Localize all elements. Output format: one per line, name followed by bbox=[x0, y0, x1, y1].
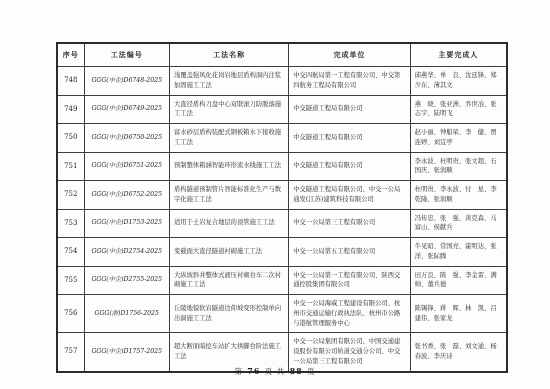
cell-main-contributors: 燕 晓、张亚洲、乔世冶、张志宇、陆明飞 bbox=[410, 95, 507, 124]
table-row: 751 GGG(中企)D6751-2025 预制整体箱涵智能环形流水线施工工法 … bbox=[57, 152, 507, 181]
cell-serial: 753 bbox=[57, 209, 84, 238]
table-row: 748 GGG(中企)D6748-2025 浅覆盖强风化花岗岩地层盾构洞内注浆加… bbox=[57, 67, 507, 96]
footer-prefix: 第 bbox=[234, 367, 243, 376]
cell-serial: 755 bbox=[57, 266, 84, 295]
cell-completing-unit: 中交一公局第三工程有限公司 bbox=[289, 209, 411, 238]
cell-completing-unit: 中交一公局第一工程有限公司、陕西交通控股集团有限公司 bbox=[289, 266, 411, 295]
cell-serial: 751 bbox=[57, 152, 84, 181]
cell-serial: 756 bbox=[57, 295, 84, 333]
header-row: 序号 工法编号 工法名称 完成单位 主要完成人 bbox=[57, 43, 507, 67]
cell-method-name: 大直径盾构刀盘中心双联滚刀防脱落施工工法 bbox=[170, 95, 289, 124]
cell-completing-unit: 中交隧道工程局有限公司 bbox=[289, 95, 411, 124]
cell-completing-unit: 中交隧道工程局有限公司 bbox=[289, 152, 411, 181]
cell-serial: 749 bbox=[57, 95, 84, 124]
cell-method-name: 富水砂层盾构装配式钢板箱水下接收施工工法 bbox=[170, 124, 289, 153]
table-row: 754 GGG(中企)D2754-2025 变截面大直径隧道衬砌施工工法 中交一… bbox=[57, 238, 507, 267]
cell-completing-unit: 中交四航局第一工程有限公司、中交第四航务工程局有限公司 bbox=[289, 67, 411, 96]
table-row: 756 GGG(浙)D1756-2025 丘陵地貌软岩隧道边仰坡变形控制单向出洞… bbox=[57, 295, 507, 333]
cell-serial: 750 bbox=[57, 124, 84, 153]
cell-code: GGG(中企)D1753-2025 bbox=[84, 209, 170, 238]
cell-code: GGG(中企)D6748-2025 bbox=[84, 67, 170, 96]
cell-main-contributors: 李永波、杜明贵、张文超、石国庆、张润顺 bbox=[410, 152, 507, 181]
header-unit: 完成单位 bbox=[289, 43, 411, 67]
table-header: 序号 工法编号 工法名称 完成单位 主要完成人 bbox=[57, 43, 507, 67]
methods-table: 序号 工法编号 工法名称 完成单位 主要完成人 748 GGG(中企)D6748… bbox=[56, 42, 508, 373]
header-name: 工法名称 bbox=[170, 43, 289, 67]
cell-main-contributors: 赵小丽、钟船荣、李 健、贾连婷、刘宜亭 bbox=[410, 124, 507, 153]
cell-code: GGG(中企)D2755-2025 bbox=[84, 266, 170, 295]
cell-main-contributors: 陈锡锋、蒋 晖、林 凯、吕建伟、张家龙 bbox=[410, 295, 507, 333]
cell-serial: 754 bbox=[57, 238, 84, 267]
table-row: 749 GGG(中企)D6749-2025 大直径盾构刀盘中心双联滚刀防脱落施工… bbox=[57, 95, 507, 124]
header-authors: 主要完成人 bbox=[410, 43, 507, 67]
cell-serial: 748 bbox=[57, 67, 84, 96]
cell-method-name: 适用于土岩复合地层的顶管施工工法 bbox=[170, 209, 289, 238]
cell-main-contributors: 邱燕华、单 良、沈廷锋、郑少东、薄其文 bbox=[410, 67, 507, 96]
cell-method-name: 丘陵地貌软岩隧道边仰坡变形控制单向出洞施工工法 bbox=[170, 295, 289, 333]
cell-completing-unit: 中交一公局第五工程有限公司 bbox=[289, 238, 411, 267]
cell-code: GGG(浙)D1756-2025 bbox=[84, 295, 170, 333]
table-body: 748 GGG(中企)D6748-2025 浅覆盖强风化花岗岩地层盾构洞内注浆加… bbox=[57, 67, 507, 372]
cell-method-name: 大纵坡斜井整体式液压衬砌台车二次衬砌施工工法 bbox=[170, 266, 289, 295]
cell-method-name: 预制整体箱涵智能环形流水线施工工法 bbox=[170, 152, 289, 181]
cell-code: GGG(中企)D6750-2025 bbox=[84, 124, 170, 153]
table-row: 752 GGG(中企)D6752-2025 盾构隧道预制管片智能标准化生产与数字… bbox=[57, 181, 507, 210]
cell-main-contributors: 杜明贵、李永波、付 星、李乾隆、张润顺 bbox=[410, 181, 507, 210]
methods-table-wrap: 序号 工法编号 工法名称 完成单位 主要完成人 748 GGG(中企)D6748… bbox=[56, 42, 508, 373]
table-row: 750 GGG(中企)D6750-2025 富水砂层盾构装配式钢板箱水下接收施工… bbox=[57, 124, 507, 153]
footer-suffix: 页 bbox=[307, 367, 316, 376]
cell-code: GGG(中企)D2754-2025 bbox=[84, 238, 170, 267]
cell-main-contributors: 田万良、陈 强、李金雷、满 帅、董兵德 bbox=[410, 266, 507, 295]
header-code: 工法编号 bbox=[84, 43, 170, 67]
cell-completing-unit: 中交隧道工程局有限公司、中交一公局通发(江苏)建筑科技有限公司 bbox=[289, 181, 411, 210]
cell-code: GGG(中企)D6751-2025 bbox=[84, 152, 170, 181]
document-page: 序号 工法编号 工法名称 完成单位 主要完成人 748 GGG(中企)D6748… bbox=[0, 0, 550, 389]
page-footer: 第 76 页 共 88 页 bbox=[0, 366, 550, 377]
cell-method-name: 盾构隧道预制管片智能标准化生产与数字化施工工法 bbox=[170, 181, 289, 210]
cell-method-name: 变截面大直径隧道衬砌施工工法 bbox=[170, 238, 289, 267]
cell-completing-unit: 中交隧道工程局有限公司 bbox=[289, 124, 411, 153]
footer-page-number: 76 bbox=[246, 366, 261, 376]
footer-total-pages: 88 bbox=[289, 366, 304, 376]
cell-code: GGG(中企)D6752-2025 bbox=[84, 181, 170, 210]
cell-main-contributors: 冯传忠、张 强、黄克森、马富山、侯献兵 bbox=[410, 209, 507, 238]
cell-main-contributors: 牛见昭、常国亮、霍明达、张 洋、张际腾 bbox=[410, 238, 507, 267]
cell-code: GGG(中企)D6749-2025 bbox=[84, 95, 170, 124]
footer-middle: 页 共 bbox=[265, 367, 285, 376]
cell-method-name: 浅覆盖强风化花岗岩地层盾构洞内注浆加固施工工法 bbox=[170, 67, 289, 96]
cell-completing-unit: 中交一公局海威工程建设有限公司、杭州市交通运输行政执法队、杭州市公路与港航管理服… bbox=[289, 295, 411, 333]
header-serial: 序号 bbox=[57, 43, 84, 67]
table-row: 753 GGG(中企)D1753-2025 适用于土岩复合地层的顶管施工工法 中… bbox=[57, 209, 507, 238]
cell-serial: 752 bbox=[57, 181, 84, 210]
table-row: 755 GGG(中企)D2755-2025 大纵坡斜井整体式液压衬砌台车二次衬砌… bbox=[57, 266, 507, 295]
